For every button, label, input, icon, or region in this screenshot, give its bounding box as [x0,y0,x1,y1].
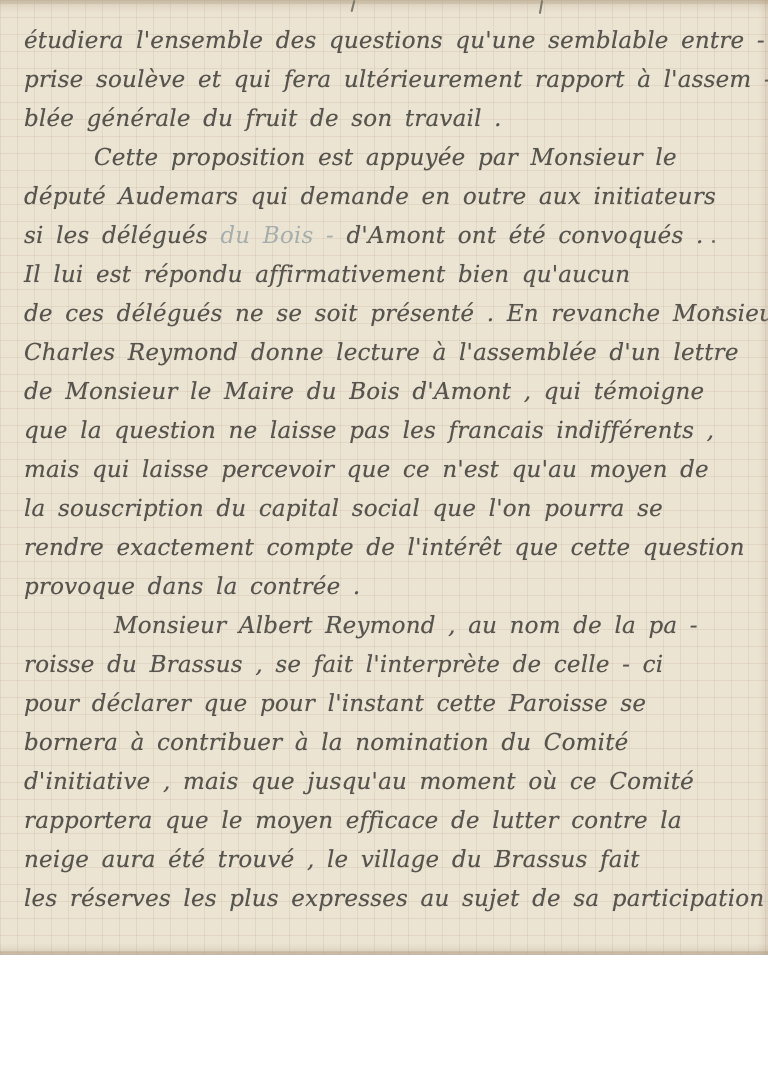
ink-text: rendre exactement compte de l'intérêt qu… [24,535,745,561]
scanned-page-canvas: étudiera l'ensemble des questions qu'une… [0,0,768,1086]
ink-text: Cette proposition est appuyée par Monsie… [94,145,677,171]
ink-text: neige aura été trouvé , le village du Br… [24,847,640,873]
manuscript-line: la souscription du capital social que l'… [24,490,750,529]
ink-text: la souscription du capital social que l'… [24,496,663,522]
ink-text: d'Amont ont été convoqués . [334,223,704,249]
paper-bottom-edge [0,951,768,955]
manuscript-line: neige aura été trouvé , le village du Br… [24,841,750,880]
manuscript-line: les réserves les plus expresses au sujet… [24,880,750,919]
ink-text: roisse du Brassus , se fait l'interprète… [24,652,663,678]
ink-text: bornera à contribuer à la nomination du … [24,730,628,756]
manuscript-line: rapportera que le moyen efficace de lutt… [24,802,750,841]
manuscript-paper: étudiera l'ensemble des questions qu'une… [0,0,768,955]
ink-text: blée générale du fruit de son travail . [24,106,502,132]
manuscript-line: de ces délégués ne se soit présenté . En… [24,295,750,334]
manuscript-line: Charles Reymond donne lecture à l'assemb… [24,334,750,373]
manuscript-line: d'initiative , mais que jusqu'au moment … [24,763,750,802]
manuscript-line: provoque dans la contrée . [24,568,750,607]
ink-text: rapportera que le moyen efficace de lutt… [24,808,682,834]
manuscript-line: étudiera l'ensemble des questions qu'une… [24,22,750,61]
manuscript-line: député Audemars qui demande en outre aux… [24,178,750,217]
ink-speck [716,306,719,309]
manuscript-line: que la question ne laisse pas les franca… [24,412,750,451]
manuscript-line: bornera à contribuer à la nomination du … [24,724,750,763]
ink-text: provoque dans la contrée . [24,574,360,600]
ink-text: de ces délégués ne se soit présenté . En… [24,301,768,327]
ink-text: Il lui est répondu affirmativement bien … [24,262,630,288]
ink-text: de Monsieur le Maire du Bois d'Amont , q… [24,379,704,405]
ink-text: prise soulève et qui fera ultérieurement… [24,67,768,93]
manuscript-line: blée générale du fruit de son travail . [24,100,750,139]
manuscript-line: roisse du Brassus , se fait l'interprète… [24,646,750,685]
ink-text: député Audemars qui demande en outre aux… [24,184,716,210]
handwritten-text-block: étudiera l'ensemble des questions qu'une… [0,0,768,919]
ink-text: les réserves les plus expresses au sujet… [24,886,764,912]
manuscript-line: de Monsieur le Maire du Bois d'Amont , q… [24,373,750,412]
ink-text: Monsieur Albert Reymond , au nom de la p… [114,613,698,639]
manuscript-line: rendre exactement compte de l'intérêt qu… [24,529,750,568]
manuscript-line: pour déclarer que pour l'instant cette P… [24,685,750,724]
manuscript-line: mais qui laisse percevoir que ce n'est q… [24,451,750,490]
faded-ink-text: du Bois - [220,223,334,249]
ink-text: d'initiative , mais que jusqu'au moment … [24,769,694,795]
manuscript-line: Il lui est répondu affirmativement bien … [24,256,750,295]
manuscript-line: si les délégués du Bois - d'Amont ont ét… [24,217,750,256]
manuscript-line: prise soulève et qui fera ultérieurement… [24,61,750,100]
ink-text: Charles Reymond donne lecture à l'assemb… [24,340,739,366]
ink-text: mais qui laisse percevoir que ce n'est q… [24,457,709,483]
ink-text: si les délégués [24,223,220,249]
manuscript-line: Cette proposition est appuyée par Monsie… [24,139,750,178]
manuscript-line: Monsieur Albert Reymond , au nom de la p… [24,607,750,646]
ink-text: pour déclarer que pour l'instant cette P… [24,691,646,717]
ink-text: que la question ne laisse pas les franca… [24,418,714,444]
ink-text: étudiera l'ensemble des questions qu'une… [24,28,765,54]
ink-speck [712,240,715,243]
